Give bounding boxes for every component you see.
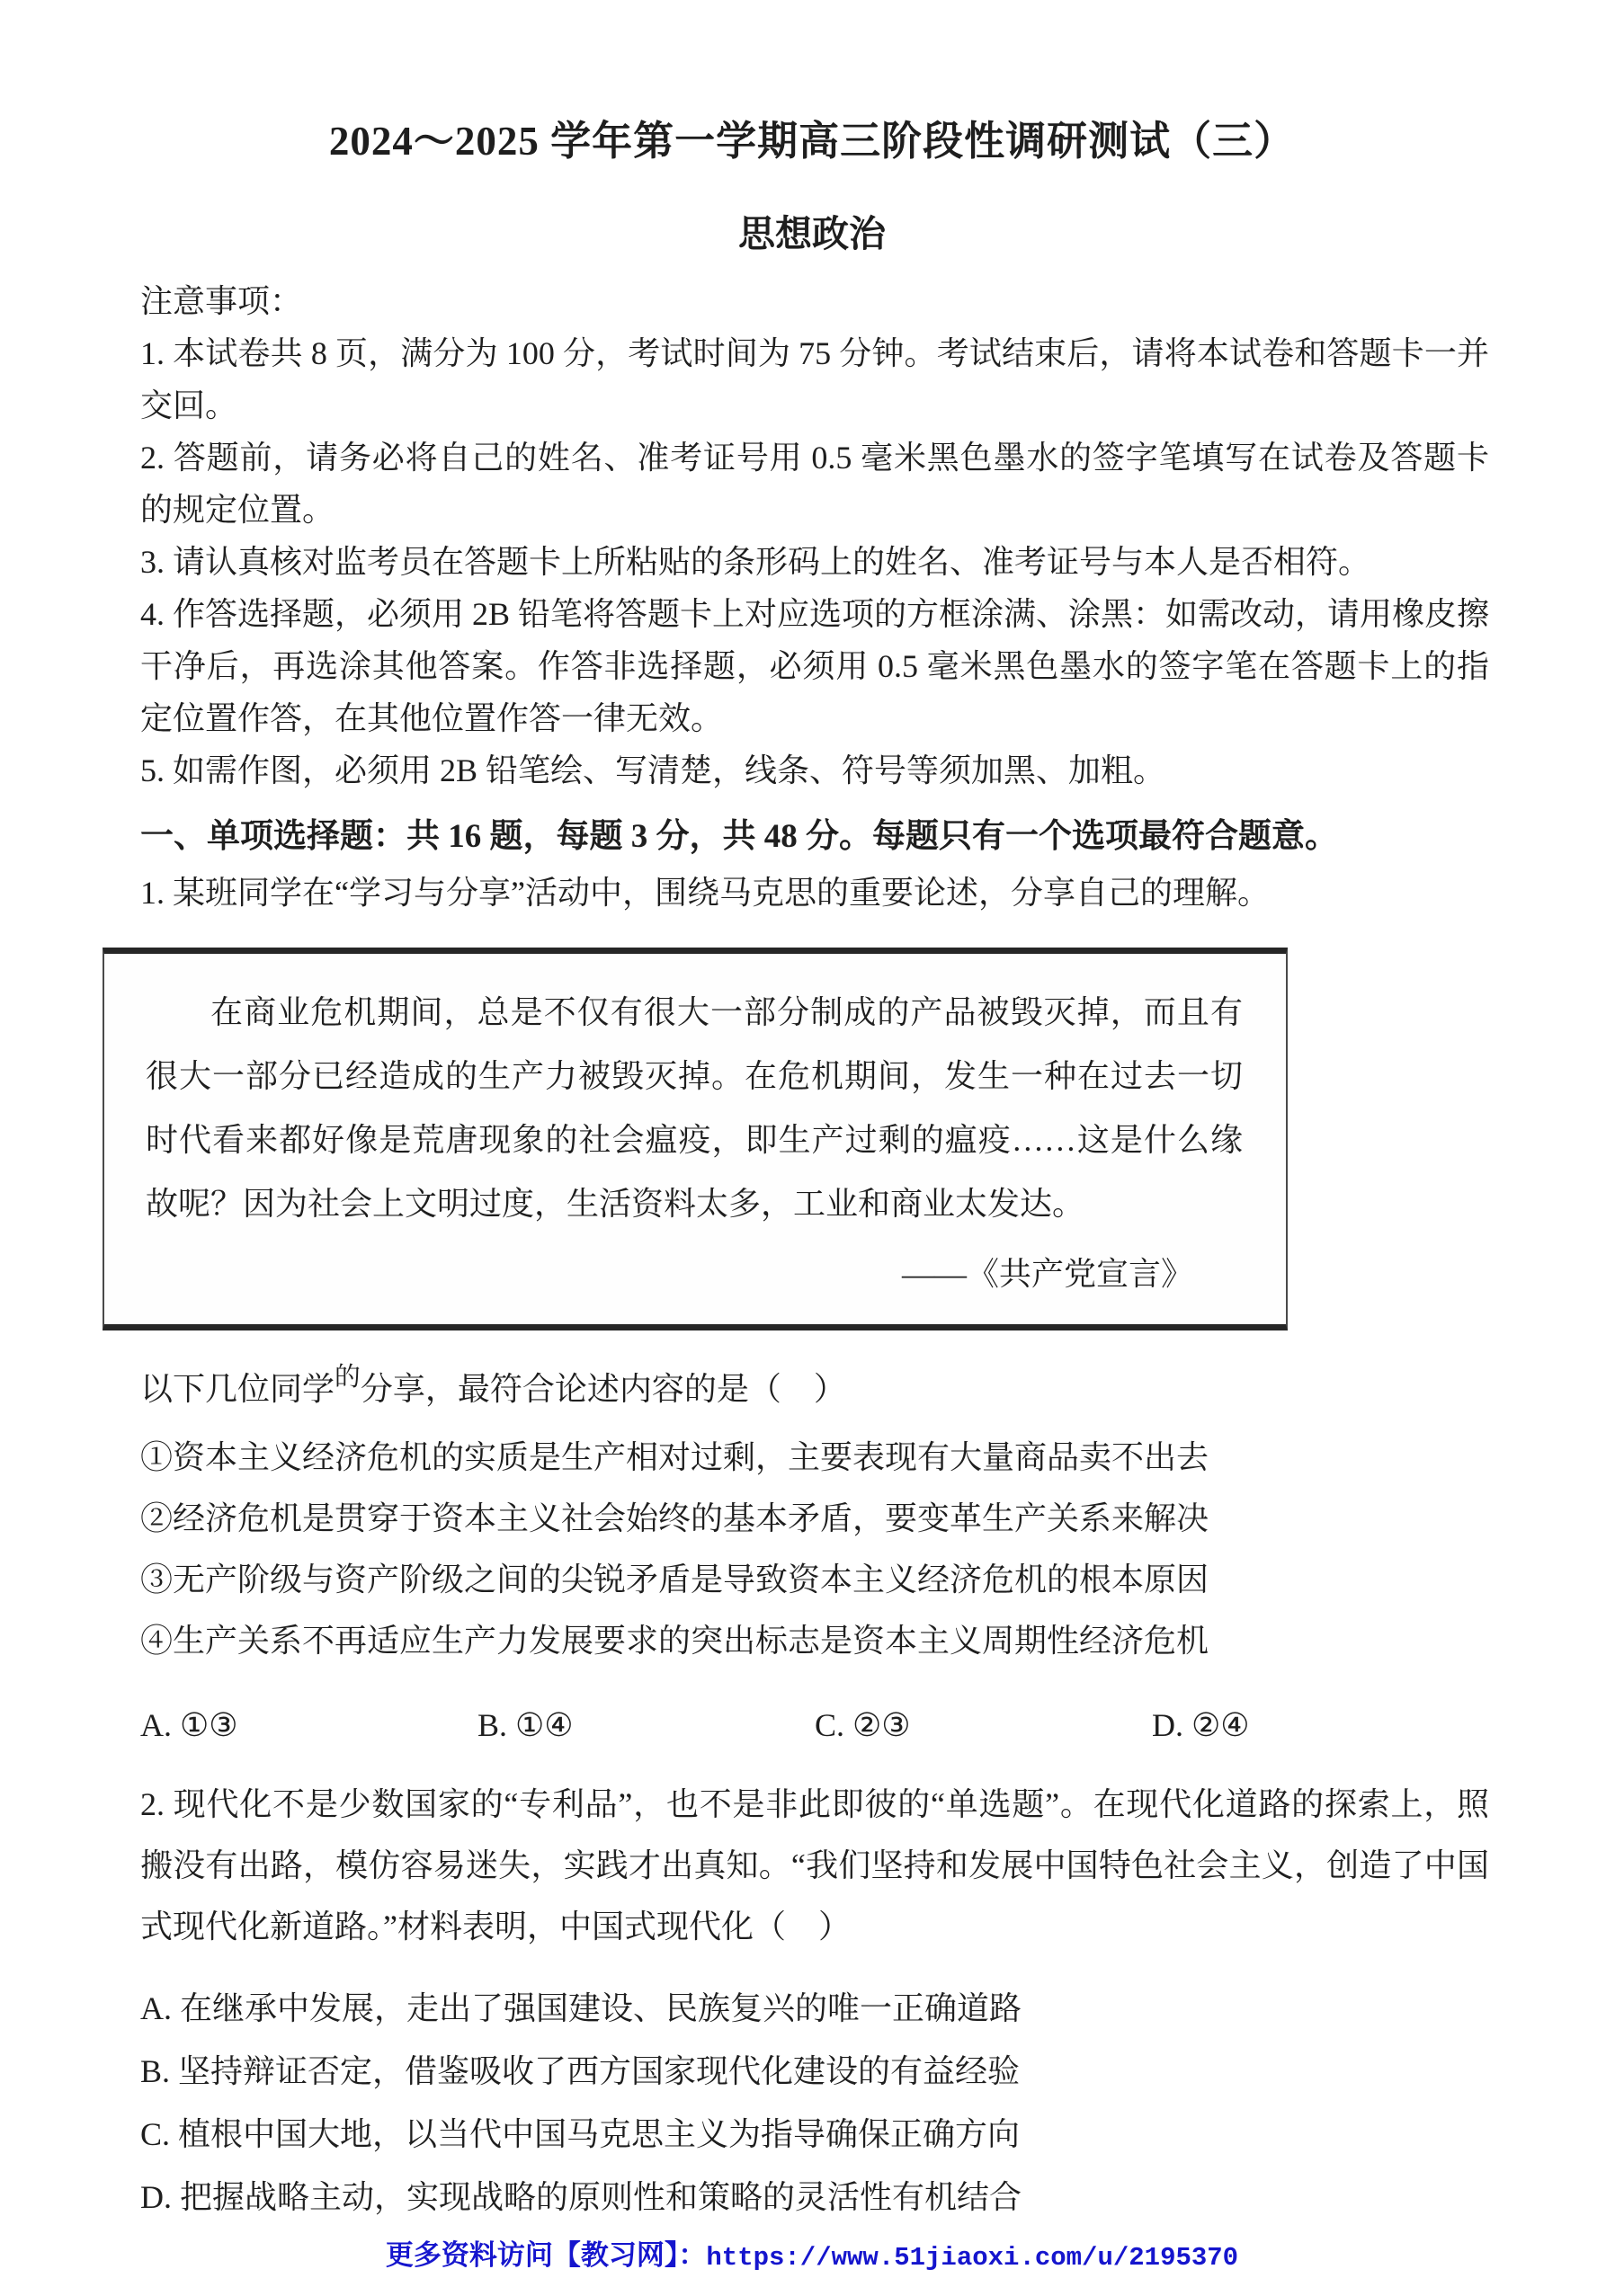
notice-heading: 注意事项： bbox=[140, 275, 1489, 327]
option-d: D. 把握战略主动，实现战略的原则性和策略的灵活性有机结合 bbox=[140, 2166, 1489, 2229]
statement-2: ②经济危机是贯穿于资本主义社会始终的基本矛盾，要变革生产关系来解决 bbox=[140, 1488, 1489, 1549]
statement-1: ①资本主义经济危机的实质是生产相对过剩，主要表现有大量商品卖不出去 bbox=[140, 1427, 1489, 1488]
choice-c: C. ②③ bbox=[815, 1700, 1152, 1750]
notice-item-1: 1. 本试卷共 8 页，满分为 100 分，考试时间为 75 分钟。考试结束后，… bbox=[140, 327, 1489, 432]
question-2-options: A. 在继承中发展，走出了强国建设、民族复兴的唯一正确道路 B. 坚持辩证否定，… bbox=[140, 1977, 1489, 2229]
notice-item-5: 5. 如需作图，必须用 2B 铅笔绘、写清楚，线条、符号等须加黑、加粗。 bbox=[140, 744, 1489, 796]
exam-paper-page: 2024～2025 学年第一学期高三阶段性调研测试（三） 思想政治 注意事项： … bbox=[0, 0, 1624, 2296]
footer-url-link[interactable]: https://www.51jiaoxi.com/u/2195370 bbox=[706, 2243, 1238, 2273]
footer-watermark: 更多资料访问【教习网】：https://www.51jiaoxi.com/u/2… bbox=[0, 2238, 1624, 2276]
notice-item-3: 3. 请认真核对监考员在答题卡上所粘贴的条形码上的姓名、准考证号与本人是否相符。 bbox=[140, 536, 1489, 588]
notice-item-2: 2. 答题前，请务必将自己的姓名、准考证号用 0.5 毫米黑色墨水的签字笔填写在… bbox=[140, 432, 1489, 536]
section-1-heading: 一、单项选择题：共 16 题，每题 3 分，共 48 分。每题只有一个选项最符合… bbox=[140, 809, 1489, 865]
quote-source: ——《共产党宣言》 bbox=[146, 1249, 1243, 1299]
notice-item-4: 4. 作答选择题，必须用 2B 铅笔将答题卡上对应选项的方框涂满、涂黑：如需改动… bbox=[140, 588, 1489, 744]
option-a: A. 在继承中发展，走出了强国建设、民族复兴的唯一正确道路 bbox=[140, 1977, 1489, 2040]
choice-a: A. ①③ bbox=[140, 1700, 477, 1750]
quote-text: 在商业危机期间，总是不仅有很大一部分制成的产品被毁灭掉，而且有很大一部分已经造成… bbox=[146, 981, 1243, 1236]
prompt-superscript: 的 bbox=[335, 1363, 361, 1392]
prompt-prefix: 以下几位同学 bbox=[140, 1371, 335, 1407]
option-c: C. 植根中国大地，以当代中国马克思主义为指导确保正确方向 bbox=[140, 2103, 1489, 2166]
question-1-prompt: 以下几位同学的分享，最符合论述内容的是（ ） bbox=[140, 1361, 1489, 1419]
statement-4: ④生产关系不再适应生产力发展要求的突出标志是资本主义周期性经济危机 bbox=[140, 1610, 1489, 1671]
choice-d: D. ②④ bbox=[1152, 1700, 1489, 1750]
question-2: 2. 现代化不是少数国家的“专利品”，也不是非此即彼的“单选题”。在现代化道路的… bbox=[140, 1774, 1489, 2229]
option-b: B. 坚持辩证否定，借鉴吸收了西方国家现代化建设的有益经验 bbox=[140, 2040, 1489, 2103]
question-2-stem: 2. 现代化不是少数国家的“专利品”，也不是非此即彼的“单选题”。在现代化道路的… bbox=[140, 1774, 1489, 1957]
quote-box: 在商业危机期间，总是不仅有很大一部分制成的产品被毁灭掉，而且有很大一部分已经造成… bbox=[103, 948, 1288, 1330]
statement-3: ③无产阶级与资产阶级之间的尖锐矛盾是导致资本主义经济危机的根本原因 bbox=[140, 1549, 1489, 1610]
page-title: 2024～2025 学年第一学期高三阶段性调研测试（三） bbox=[0, 0, 1624, 167]
prompt-suffix: 分享，最符合论述内容的是（ ） bbox=[361, 1371, 846, 1407]
subject-title: 思想政治 bbox=[0, 210, 1624, 257]
question-1-choices: A. ①③ B. ①④ C. ②③ D. ②④ bbox=[140, 1700, 1489, 1750]
question-1-stem: 1. 某班同学在“学习与分享”活动中，围绕马克思的重要论述，分享自己的理解。 bbox=[140, 865, 1489, 921]
footer-label: 更多资料访问【教习网】： bbox=[386, 2239, 707, 2271]
choice-b: B. ①④ bbox=[477, 1700, 815, 1750]
question-1-statements: ①资本主义经济危机的实质是生产相对过剩，主要表现有大量商品卖不出去 ②经济危机是… bbox=[140, 1427, 1489, 1671]
paper-body: 注意事项： 1. 本试卷共 8 页，满分为 100 分，考试时间为 75 分钟。… bbox=[140, 275, 1489, 2229]
